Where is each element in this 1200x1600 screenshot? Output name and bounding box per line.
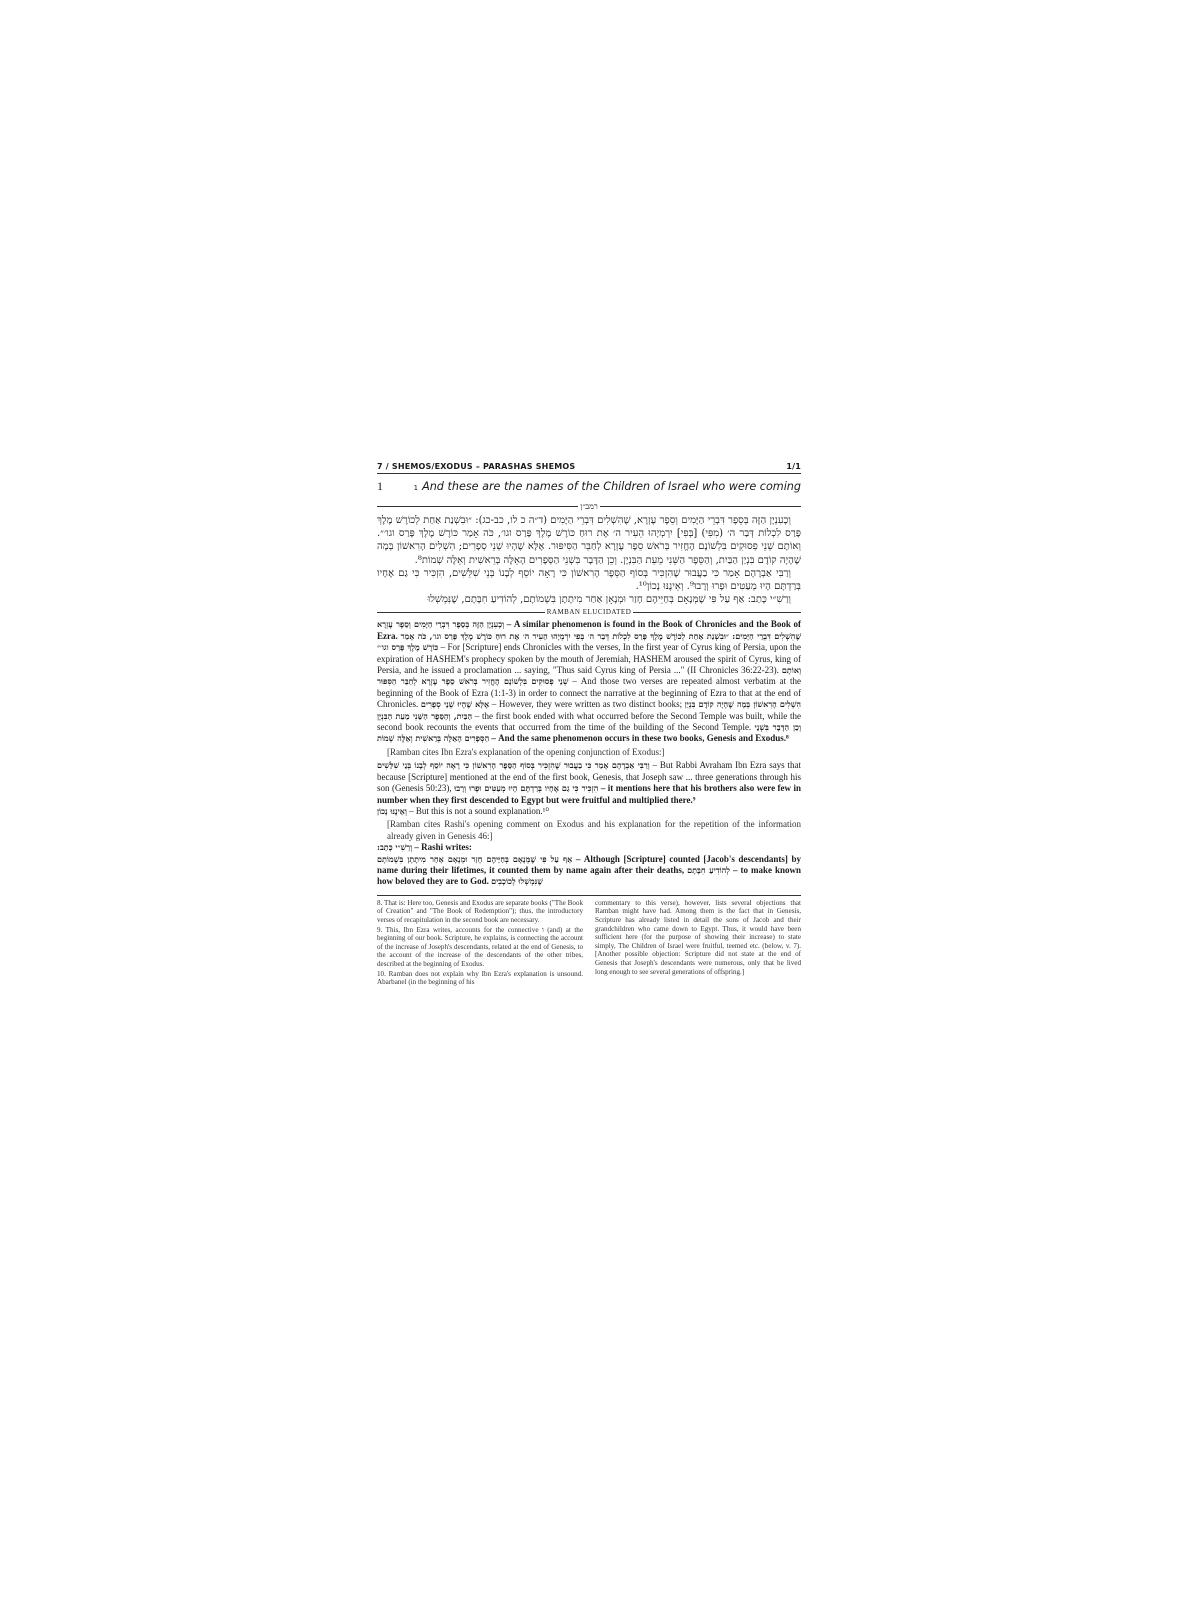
hebrew-lemma: וְאֵינֶנּוּ נָכוֹן (377, 806, 407, 816)
ramban-hebrew-text: וְכָעִנְיָן הַזֶּה בְּסֵפֶר דִּבְרֵי הַי… (377, 514, 801, 606)
verse-number: 1 (414, 484, 418, 492)
editorial-note: [Ramban cites Rashi's opening comment on… (377, 819, 801, 842)
hebrew-paragraph: וְרַבִּי אַבְרָהָם אָמַר כִּי בַעֲבוּר ש… (377, 567, 801, 593)
hebrew-paragraph: וְכָעִנְיָן הַזֶּה בְּסֵפֶר דִּבְרֵי הַי… (377, 514, 801, 567)
translation: – Rashi writes: (412, 842, 472, 852)
footnote: commentary to this verse), however, list… (595, 899, 801, 976)
running-header: 7 / SHEMOS/EXODUS – PARASHAS SHEMOS 1/1 (377, 462, 801, 474)
hebrew-lemma: אֶלָּא שֶׁהָיוּ שְׁנֵי סְפָרִים (421, 699, 489, 709)
translation: – However, they were written as two dist… (489, 699, 682, 709)
chapter-number: 1 (377, 479, 414, 494)
divider-rule (600, 506, 801, 507)
page-number: 1/1 (786, 462, 801, 471)
translation: – For [Scripture] ends Chronicles with t… (377, 642, 801, 675)
ramban-label: רמב״ן (578, 502, 600, 511)
ramban-divider: רמב״ן (377, 502, 801, 511)
divider-rule (377, 612, 545, 613)
footnotes: 8. That is: Here too, Genesis and Exodus… (377, 895, 801, 988)
hebrew-lemma: אַף עַל פִּי שֶׁמְּנָאָם בְּחַיֵּיהֶם חָ… (377, 854, 572, 864)
elucidation-paragraph: אַף עַל פִּי שֶׁמְּנָאָם בְּחַיֵּיהֶם חָ… (377, 854, 801, 888)
hebrew-lemma: שֶׁנִּמְשְׁלוּ לְכוֹכָבִים (491, 876, 543, 886)
divider-rule (633, 612, 801, 613)
footnotes-right-column: commentary to this verse), however, list… (595, 899, 801, 988)
running-header-title: 7 / SHEMOS/EXODUS – PARASHAS SHEMOS (377, 462, 575, 471)
elucidation-paragraph: וְכָעִנְיָן הַזֶּה בְּסֵפֶר דִּבְרֵי הַי… (377, 619, 801, 744)
hebrew-paragraph: וְרַשִׁ״י כָּתַב: אַף עַל פִּי שֶׁמְּנָא… (377, 593, 801, 606)
divider-rule (377, 506, 578, 507)
verse-line: 1 1 And these are the names of the Child… (377, 479, 801, 495)
ramban-elucidated-text: וְכָעִנְיָן הַזֶּה בְּסֵפֶר דִּבְרֵי הַי… (377, 619, 801, 887)
hebrew-lemma: לְהוֹדִיעַ חִבָּתָם (687, 865, 730, 875)
footnotes-left-column: 8. That is: Here too, Genesis and Exodus… (377, 899, 583, 988)
hebrew-lemma: וְכָעִנְיָן הַזֶּה בְּסֵפֶר דִּבְרֵי הַי… (377, 619, 504, 629)
elucidation-paragraph: וְרַשִׁ״י כָּתַב: – Rashi writes: (377, 842, 801, 853)
hebrew-lemma: הִזְכִּיר כִּי גַם אֶחָיו בְּרַדְתָּם הָ… (454, 783, 598, 793)
translation: – But this is not a sound explanation.¹⁰ (407, 806, 549, 816)
footnote: 10. Ramban does not explain why Ibn Ezra… (377, 970, 583, 987)
elucidation-paragraph: וְרַבִּי אַבְרָהָם אָמַר כִּי בַעֲבוּר ש… (377, 760, 801, 806)
hebrew-lemma: וְרַבִּי אַבְרָהָם אָמַר כִּי בַעֲבוּר ש… (377, 760, 650, 770)
elucidated-divider: RAMBAN ELUCIDATED (377, 608, 801, 616)
hebrew-lemma: וְרַשִׁ״י כָּתַב: (377, 842, 412, 852)
elucidated-label: RAMBAN ELUCIDATED (545, 608, 634, 616)
elucidation-paragraph: וְאֵינֶנּוּ נָכוֹן – But this is not a s… (377, 806, 801, 817)
footnote: 8. That is: Here too, Genesis and Exodus… (377, 899, 583, 925)
translation: – And the same phenomenon occurs in thes… (489, 733, 789, 743)
editorial-note: [Ramban cites Ibn Ezra's explanation of … (377, 747, 801, 758)
footnote: 9. This, Ibn Ezra writes, accounts for t… (377, 926, 583, 969)
document-page: 7 / SHEMOS/EXODUS – PARASHAS SHEMOS 1/1 … (377, 462, 801, 988)
verse-text: And these are the names of the Children … (422, 480, 801, 493)
